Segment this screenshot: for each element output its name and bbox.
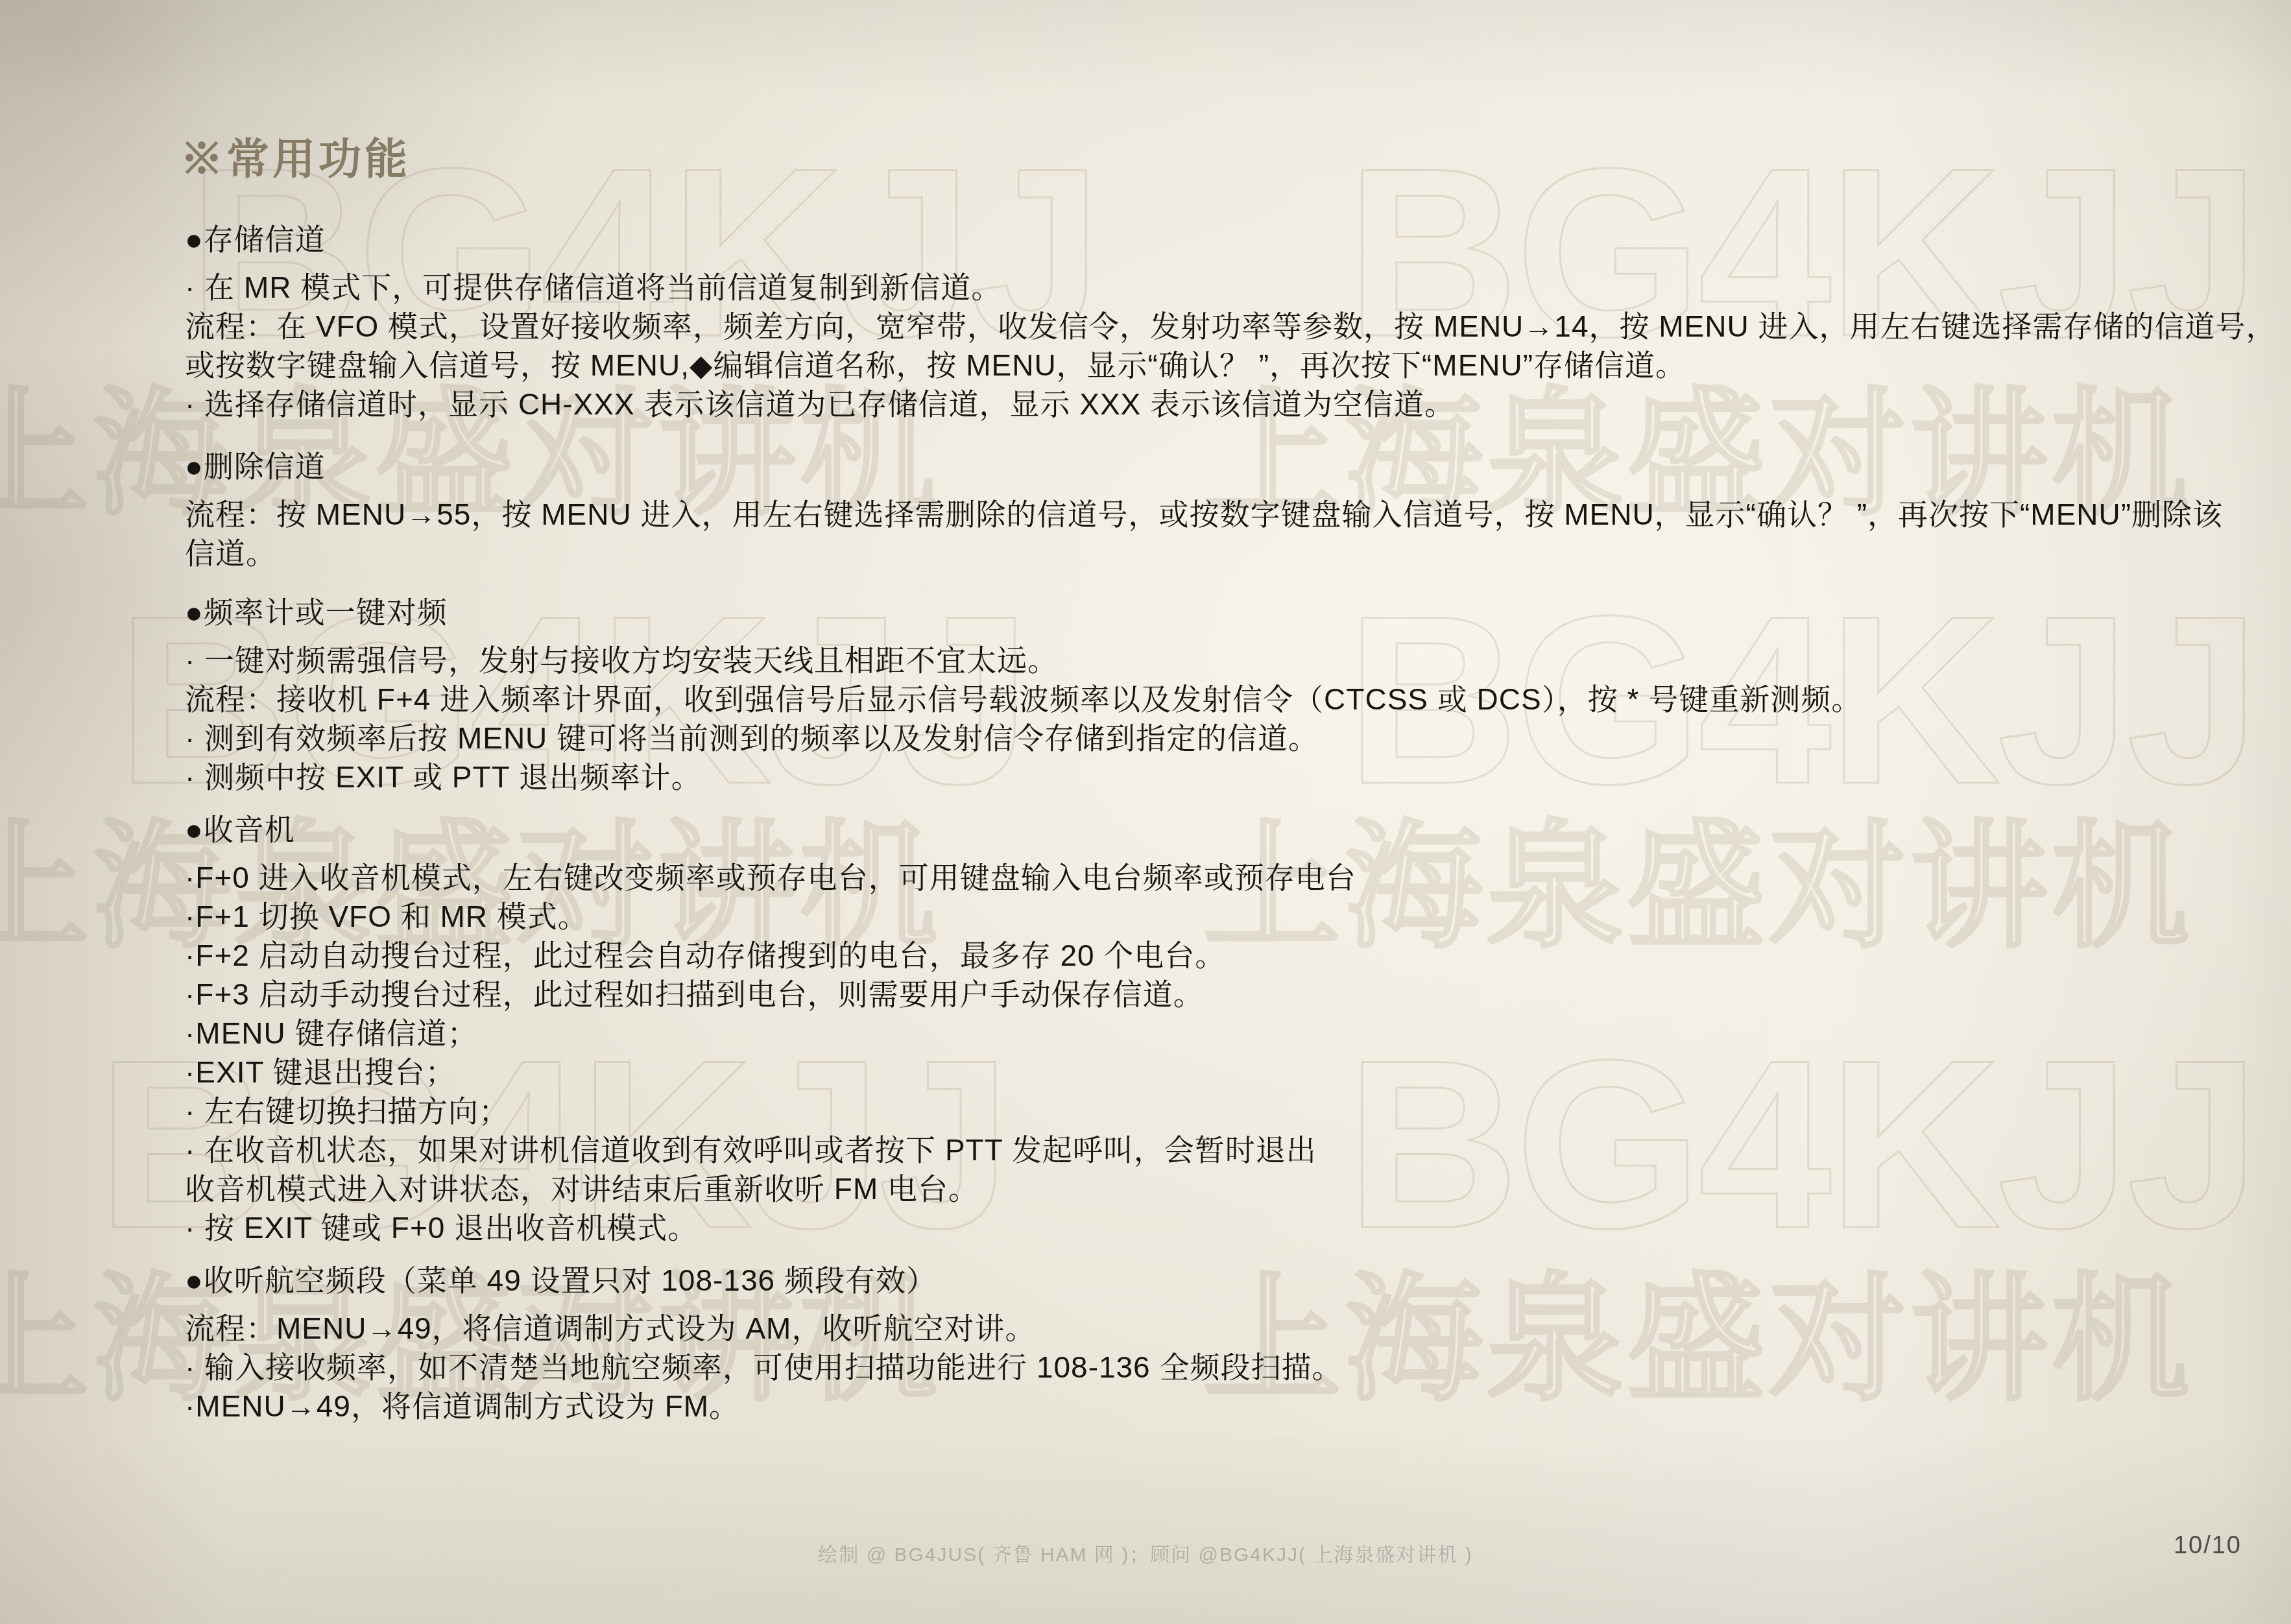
section-delete-channel: ●删除信道 流程：按 MENU→55，按 MENU 进入，用左右键选择需删除的信… [185, 447, 2291, 573]
page-title: ※常用功能 [180, 125, 411, 186]
text-line: ·MENU 键存储信道； [185, 1014, 2291, 1053]
text-line: · 在收音机状态，如果对讲机信道收到有效呼叫或者按下 PTT 发起呼叫，会暂时退… [185, 1130, 2291, 1169]
text-line: · 输入接收频率，如不清楚当地航空频率，可使用扫描功能进行 108-136 全频… [185, 1348, 2291, 1387]
section-air-band: ●收听航空频段（菜单 49 设置只对 108-136 频段有效） 流程：MENU… [185, 1261, 2291, 1426]
text-line: ·EXIT 键退出搜台； [185, 1053, 2291, 1092]
text-line: · 一键对频需强信号，发射与接收方均安装天线且相距不宜太远。 [185, 641, 2291, 680]
text-line: 流程：接收机 F+4 进入频率计界面，收到强信号后显示信号载波频率以及发射信令（… [185, 680, 2291, 719]
text-line: 流程：按 MENU→55，按 MENU 进入，用左右键选择需删除的信道号，或按数… [185, 495, 2291, 534]
section-header: ●频率计或一键对频 [185, 593, 2291, 632]
text-line: ·MENU→49，将信道调制方式设为 FM。 [185, 1387, 2291, 1426]
page-number: 10/10 [2174, 1532, 2242, 1560]
text-line: · 测频中按 EXIT 或 PTT 退出频率计。 [185, 758, 2291, 796]
text-line: ·F+2 启动自动搜台过程，此过程会自动存储搜到的电台，最多存 20 个电台。 [185, 936, 2291, 975]
section-fm-radio: ●收音机 ·F+0 进入收音机模式，左右键改变频率或预存电台，可用键盘输入电台频… [185, 810, 2291, 1247]
section-frequency-counter: ●频率计或一键对频 · 一键对频需强信号，发射与接收方均安装天线且相距不宜太远。… [185, 593, 2291, 796]
text-line: ·F+0 进入收音机模式，左右键改变频率或预存电台，可用键盘输入电台频率或预存电… [185, 858, 2291, 897]
section-store-channel: ●存储信道 · 在 MR 模式下，可提供存储信道将当前信道复制到新信道。 流程：… [185, 220, 2291, 424]
text-line: · 选择存储信道时，显示 CH-XXX 表示该信道为已存储信道，显示 XXX 表… [185, 385, 2291, 424]
text-line: · 测到有效频率后按 MENU 键可将当前测到的频率以及发射信令存储到指定的信道… [185, 719, 2291, 758]
text-line: 或按数字键盘输入信道号，按 MENU,◆编辑信道名称，按 MENU，显示“确认？… [185, 346, 2291, 385]
text-line: 流程：在 VFO 模式，设置好接收频率，频差方向，宽窄带，收发信令，发射功率等参… [185, 307, 2291, 346]
text-line: · 左右键切换扫描方向； [185, 1092, 2291, 1130]
text-line: 收音机模式进入对讲状态，对讲结束后重新收听 FM 电台。 [185, 1169, 2291, 1208]
section-header: ●删除信道 [185, 447, 2291, 486]
text-line: 信道。 [185, 534, 2291, 573]
section-header: ●存储信道 [185, 220, 2291, 259]
text-line: · 在 MR 模式下，可提供存储信道将当前信道复制到新信道。 [185, 268, 2291, 307]
text-line: ·F+3 启动手动搜台过程，此过程如扫描到电台，则需要用户手动保存信道。 [185, 975, 2291, 1014]
manual-page: BG4KJJ BG4KJJ 上海泉盛对讲机 上海泉盛对讲机 BG4KJJ BG4… [0, 0, 2291, 1624]
footer-credit: 绘制 @ BG4JUS( 齐鲁 HAM 网 )；顾问 @BG4KJJ( 上海泉盛… [0, 1538, 2291, 1567]
text-line: ·F+1 切换 VFO 和 MR 模式。 [185, 897, 2291, 936]
section-header: ●收听航空频段（菜单 49 设置只对 108-136 频段有效） [185, 1261, 2291, 1300]
text-line: · 按 EXIT 键或 F+0 退出收音机模式。 [185, 1208, 2291, 1247]
text-line: 流程：MENU→49，将信道调制方式设为 AM，收听航空对讲。 [185, 1309, 2291, 1348]
section-header: ●收音机 [185, 810, 2291, 849]
